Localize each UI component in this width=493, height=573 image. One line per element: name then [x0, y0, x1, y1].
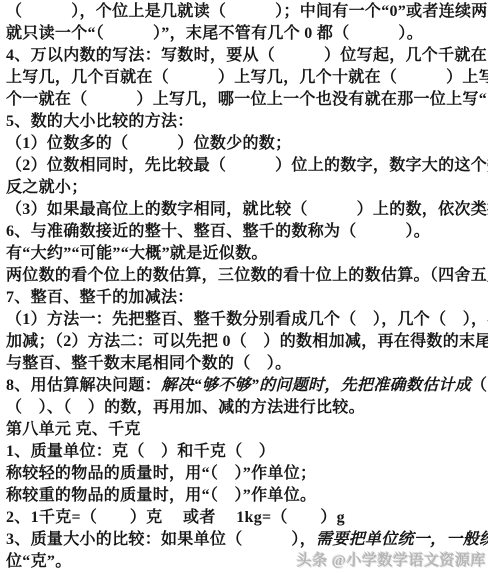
text-segment: 8、用估算解决问题： [6, 377, 161, 394]
text-segment: （1）位数多的（ ）位数少的数； [6, 135, 291, 152]
text-segment: （ ），个位上是几就读（ ）；中间有一个“0”或者连续两个“0” [6, 3, 488, 20]
text-segment: 就只读一个“（ ）”，末尾不管有几个 0 都（ ）。 [6, 25, 423, 42]
text-segment: （2）位数相同时，先比较最（ ）位上的数字，数字大的这个数就大， [6, 157, 488, 174]
text-line: （3）如果最高位上的数字相同，就比较（ ）上的数，依次类推。 [6, 199, 488, 221]
text-line: 上写几，几个百就在（ ）上写几，几个十就在（ ）上写几，几 [6, 67, 488, 89]
text-segment: 个一就在（ ）上写几，哪一位上一个也没有就在那一位上写“（ ）”。 [6, 91, 488, 108]
text-line: 反之就小； [6, 177, 488, 199]
text-segment: 称较轻的物品的质量时，用“（ ）”作单位； [6, 465, 316, 482]
text-line: 加减；（2）方法二：可以先把 0（ ）的数相加减，再在得数的末尾添上 [6, 331, 488, 353]
text-segment: 上写几，几个百就在（ ）上写几，几个十就在（ ）上写几，几 [6, 69, 488, 86]
text-line: 6、与准确数接近的整十、整百、整千的数称为（ ）。 [6, 221, 488, 243]
text-segment: 位“克”。 [6, 553, 72, 570]
text-line: （2）位数相同时，先比较最（ ）位上的数字，数字大的这个数就大， [6, 155, 488, 177]
text-line: （1）位数多的（ ）位数少的数； [6, 133, 488, 155]
text-segment: 有“大约”“可能”“大概”就是近似数。 [6, 245, 268, 262]
text-segment: 两位数的看个位上的数估算，三位数的看十位上的数估算。（四舍五入法） [6, 267, 488, 284]
text-segment: （1）方法一：先把整百、整千数分别看成几个（ ），几个（ ），再相 [6, 311, 488, 328]
text-line: 两位数的看个位上的数估算，三位数的看十位上的数估算。（四舍五入法） [6, 265, 488, 287]
text-segment: 6、与准确数接近的整十、整百、整千的数称为（ ）。 [6, 223, 430, 240]
text-line: 3、质量大小的比较：如果单位（ ），需要把单位统一，一般统一成单 [6, 529, 488, 551]
text-line: 2、1千克=（ ）克 或者 1kg=（ ）g [6, 507, 488, 529]
text-line: （ ），个位上是几就读（ ）；中间有一个“0”或者连续两个“0” [6, 1, 488, 23]
text-line: 5、数的大小比较的方法： [6, 111, 488, 133]
text-line: 有“大约”“可能”“大概”就是近似数。 [6, 243, 488, 265]
text-segment: 需要把单位统一，一般统一成单 [316, 531, 488, 548]
text-line: 称较重的物品的质量时，用“（ ）”作单位。 [6, 485, 488, 507]
text-segment: 加减；（2）方法二：可以先把 0（ ）的数相加减，再在得数的末尾添上 [6, 333, 488, 350]
text-line: （ ）、（ ）的数，再用加、减的方法进行比较。 [6, 397, 488, 419]
text-line: 1、质量单位：克（ ）和千克（ ） [6, 441, 488, 463]
text-segment: 3、质量大小的比较：如果单位（ ）， [6, 531, 316, 548]
text-segment: 第八单元 克、千克 [6, 421, 141, 438]
text-line: 8、用估算解决问题：解决“够不够”的问题时，先把准确数估计成（ ）、 [6, 375, 488, 397]
text-line: 个一就在（ ）上写几，哪一位上一个也没有就在那一位上写“（ ）”。 [6, 89, 488, 111]
text-line: 7、整百、整千的加减法： [6, 287, 488, 309]
text-segment: （ ）、 [471, 377, 488, 394]
text-segment: 解决“够不够”的问题时，先把准确数估计成 [161, 377, 471, 394]
text-line: 4、万以内数的写法：写数时，要从（ ）位写起，几个千就在（ ） [6, 45, 488, 67]
text-segment: 5、数的大小比较的方法： [6, 113, 194, 130]
text-segment: 2、1千克=（ ）克 或者 1kg=（ ）g [6, 509, 345, 526]
worksheet-page: （ ），个位上是几就读（ ）；中间有一个“0”或者连续两个“0”就只读一个“（ … [0, 0, 493, 573]
text-line: 第八单元 克、千克 [6, 419, 488, 441]
text-segment: （ ）、（ ）的数，再用加、减的方法进行比较。 [6, 399, 365, 416]
document-lines: （ ），个位上是几就读（ ）；中间有一个“0”或者连续两个“0”就只读一个“（ … [0, 0, 493, 573]
text-segment: （3）如果最高位上的数字相同，就比较（ ）上的数，依次类推。 [6, 201, 488, 218]
text-line: （1）方法一：先把整百、整千数分别看成几个（ ），几个（ ），再相 [6, 309, 488, 331]
text-line: 与整百、整千数末尾相同个数的（ ）。 [6, 353, 488, 375]
text-segment: 7、整百、整千的加减法： [6, 289, 194, 306]
text-segment: 与整百、整千数末尾相同个数的（ ）。 [6, 355, 291, 372]
text-segment: 1、质量单位：克（ ）和千克（ ） [6, 443, 275, 460]
text-segment: 4、万以内数的写法：写数时，要从（ ）位写起，几个千就在（ ） [6, 47, 488, 64]
text-line: 称较轻的物品的质量时，用“（ ）”作单位； [6, 463, 488, 485]
text-segment: 反之就小； [6, 179, 88, 196]
text-line: 就只读一个“（ ）”，末尾不管有几个 0 都（ ）。 [6, 23, 488, 45]
toutiao-watermark: 头条 @小学数学语文资源库 [297, 549, 486, 570]
text-segment: 称较重的物品的质量时，用“（ ）”作单位。 [6, 487, 316, 504]
